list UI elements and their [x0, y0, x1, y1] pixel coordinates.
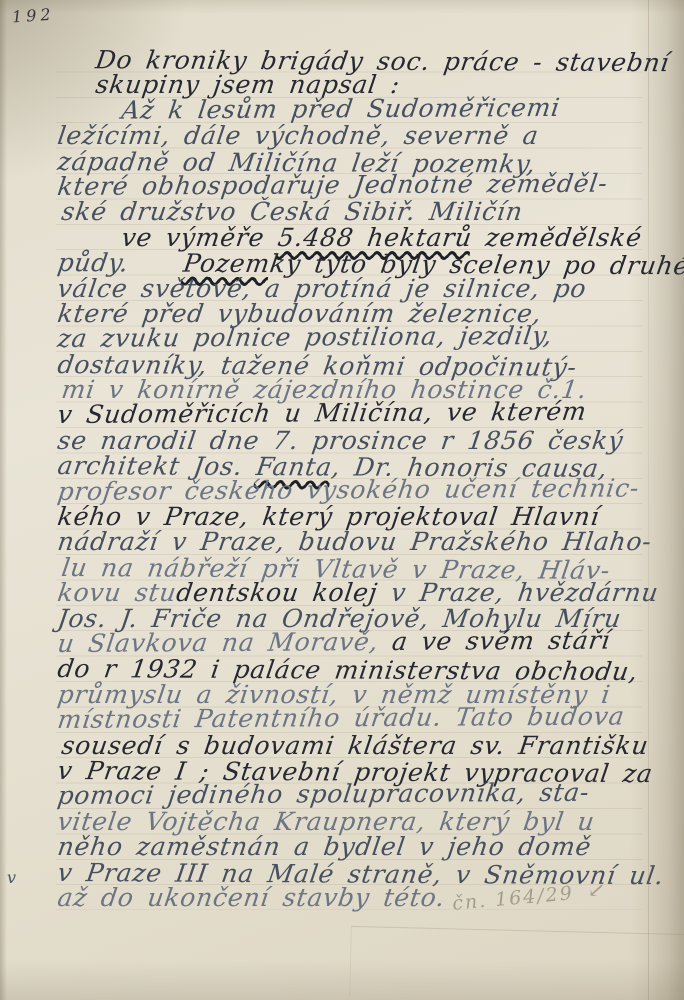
margin-check-mark: v	[7, 868, 16, 887]
text-segment: místnosti Patentního úřadu. Tato budova	[56, 702, 627, 734]
manuscript-line: v Sudoměřicích u Miličína, ve kterém	[56, 399, 646, 428]
manuscript-line: ležícími, dále východně, severně a	[56, 123, 646, 148]
text-segment: až do ukončení stavby této.	[56, 883, 447, 912]
text-segment: sousedí s budovami kláštera sv. Františk…	[60, 731, 651, 760]
manuscript-line: nádraží v Praze, budovu Pražského Hlaho-	[56, 529, 646, 554]
manuscript-line: kovu studentskou kolej v Praze, hvězdárn…	[56, 580, 646, 605]
text-segment: v Sudoměřicích u Miličína, ve kterém	[56, 397, 589, 429]
manuscript-line: Až k lesům před Sudoměřicemi	[56, 94, 646, 123]
page-crease-line	[648, 0, 649, 1000]
manuscript-line: se narodil dne 7. prosince r 1856 český	[56, 428, 646, 453]
manuscript-line: válce světové, a protíná je silnice, po	[56, 276, 646, 301]
text-segment: dentskou kolej	[175, 578, 380, 607]
pencil-arrow-icon: ↙	[587, 878, 608, 903]
text-segment: kovu stu	[56, 578, 179, 607]
manuscript-line: kého v Praze, který projektoval Hlavní	[56, 504, 646, 529]
text-segment: a ve svém stáří	[390, 626, 612, 656]
manuscript-text-block: Do kroniky brigády soc. práce - stavební…	[56, 47, 642, 910]
manuscript-line: sousedí s budovami kláštera sv. Františk…	[60, 733, 646, 758]
page-number: 192	[11, 5, 55, 27]
manuscript-line: u Slavkova na Moravě, a ve svém stáří	[56, 627, 646, 656]
text-segment: ské družstvo Česká Sibiř. Miličín	[60, 197, 525, 226]
text-segment: ležícími, dále východně, severně a	[56, 121, 541, 150]
text-segment: Až k lesům před Sudoměřicemi	[120, 93, 562, 125]
text-segment: něho zaměstnán a bydlel v jeho domě	[56, 832, 594, 861]
manuscript-line: profesor českého vysokého učení technic-	[56, 475, 646, 504]
text-segment: ve výměře	[120, 223, 280, 252]
manuscript-line: vitele Vojtěcha Kraupnera, který byl u	[56, 809, 646, 834]
page-impression	[349, 926, 684, 1000]
manuscript-line: ské družstvo Česká Sibiř. Miličín	[60, 199, 646, 224]
manuscript-line: něho zaměstnán a bydlel v jeho domě	[56, 834, 646, 859]
text-segment: za zvuku polnice postiliona, jezdily,	[56, 321, 555, 353]
underlined-text: 5.488 hektarů	[276, 223, 474, 252]
text-segment: v Praze, hvězdárnu	[375, 578, 660, 607]
manuscript-line: ve výměře 5.488 hektarů zemědělské	[56, 225, 646, 250]
text-segment: zemědělské	[470, 223, 644, 252]
manuscript-line: které obhospodařuje Jednotné zeměděl-	[56, 170, 646, 199]
text-segment: profesor českého vysokého učení technic-	[56, 473, 641, 506]
text-segment: pomoci jediného spolupracovníka, sta-	[56, 778, 592, 810]
manuscript-line: za zvuku polnice postiliona, jezdily,	[56, 323, 646, 352]
chronicle-page-photo: 192 v Do kroniky brigády soc. práce - st…	[0, 0, 684, 1000]
manuscript-line: pomoci jediného spolupracovníka, sta-	[56, 780, 646, 809]
manuscript-line: místnosti Patentního úřadu. Tato budova	[56, 704, 646, 733]
text-segment: nádraží v Praze, budovu Pražského Hlaho-	[56, 527, 654, 556]
